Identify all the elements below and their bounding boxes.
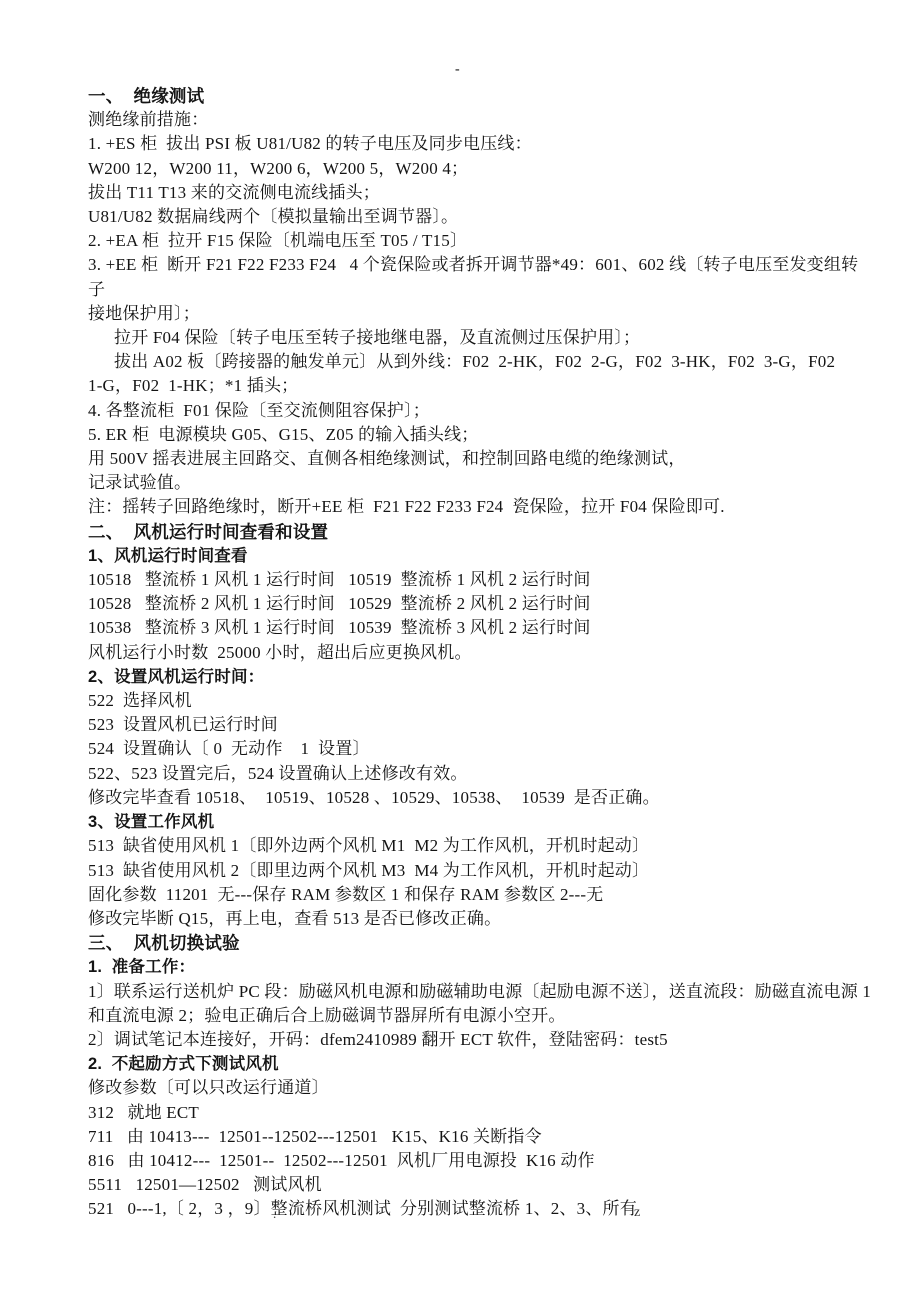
doc-line: 10538 整流桥 3 风机 1 运行时间 10539 整流桥 3 风机 2 运…: [88, 616, 874, 640]
sub-heading: 1、风机运行时间查看: [88, 544, 874, 568]
doc-line: 312 就地 ECT: [88, 1101, 874, 1125]
page-header-mark: -: [455, 62, 460, 78]
doc-line: 用 500V 摇表进展主回路交、直侧各相绝缘测试，和控制回路电缆的绝缘测试，: [88, 447, 874, 471]
doc-line: 修改参数〔可以只改运行通道〕: [88, 1076, 874, 1100]
sub-heading: 3、设置工作风机: [88, 810, 874, 834]
doc-line: 816 由 10412--- 12501-- 12502---12501 风机厂…: [88, 1149, 874, 1173]
section-heading: 三、 风机切换试验: [88, 931, 874, 955]
doc-line: 4. 各整流柜 F01 保险〔至交流侧阻容保护〕；: [88, 399, 874, 423]
doc-line: 拔出 T11 T13 来的交流侧电流线插头；: [88, 181, 874, 205]
page-footer-right-mark: z: [634, 1205, 640, 1221]
doc-line: 记录试验值。: [88, 471, 874, 495]
document-page: - 一、 绝缘测试测绝缘前措施：1. +ES 柜 拔出 PSI 板 U81/U8…: [0, 0, 920, 1302]
doc-line: 2〕调试笔记本连接好，开码：dfem2410989 翻开 ECT 软件，登陆密码…: [88, 1028, 874, 1052]
doc-line: 524 设置确认〔 0 无动作 1 设置〕: [88, 737, 874, 761]
doc-line: 修改完毕断 Q15，再上电，查看 513 是否已修改正确。: [88, 907, 874, 931]
doc-line: 2. +EA 柜 拉开 F15 保险〔机端电压至 T05 / T15〕: [88, 229, 874, 253]
doc-line: 513 缺省使用风机 1〔即外边两个风机 M1 M2 为工作风机，开机时起动〕: [88, 834, 874, 858]
doc-line: 522 选择风机: [88, 689, 874, 713]
doc-line: 注：摇转子回路绝缘时，断开+EE 柜 F21 F22 F233 F24 瓷保险，…: [88, 495, 874, 519]
doc-line: 1-G，F02 1-HK；*1 插头；: [88, 374, 874, 398]
section-heading: 一、 绝缘测试: [88, 84, 874, 108]
doc-line: 拔出 A02 板〔跨接器的触发单元〕从到外线：F02 2-HK，F02 2-G，…: [88, 350, 874, 374]
doc-line: 5. ER 柜 电源模块 G05、G15、Z05 的输入插头线；: [88, 423, 874, 447]
sub-heading: 2. 不起励方式下测试风机: [88, 1052, 874, 1076]
doc-line: 测绝缘前措施：: [88, 108, 874, 132]
doc-line: 接地保护用〕；: [88, 302, 874, 326]
doc-line: 1〕联系运行送机炉 PC 段：励磁风机电源和励磁辅助电源〔起励电源不送〕，送直流…: [88, 980, 874, 1004]
document-body: 一、 绝缘测试测绝缘前措施：1. +ES 柜 拔出 PSI 板 U81/U82 …: [88, 84, 874, 1222]
doc-line: U81/U82 数据扁线两个〔模拟量输出至调节器〕。: [88, 205, 874, 229]
doc-line: 513 缺省使用风机 2〔即里边两个风机 M3 M4 为工作风机，开机时起动〕: [88, 859, 874, 883]
doc-line: 10528 整流桥 2 风机 1 运行时间 10529 整流桥 2 风机 2 运…: [88, 592, 874, 616]
doc-line: 711 由 10413--- 12501--12502---12501 K15、…: [88, 1125, 874, 1149]
doc-line: 5511 12501—12502 测试风机: [88, 1173, 874, 1197]
page-footer-left-mark: .: [273, 1206, 276, 1222]
doc-line: W200 12，W200 11，W200 6，W200 5，W200 4；: [88, 157, 874, 181]
doc-line: 风机运行小时数 25000 小时，超出后应更换风机。: [88, 641, 874, 665]
doc-line: 修改完毕查看 10518、 10519、10528 、10529、10538、 …: [88, 786, 874, 810]
section-heading: 二、 风机运行时间查看和设置: [88, 520, 874, 544]
doc-line: 和直流电源 2；验电正确后合上励磁调节器屏所有电源小空开。: [88, 1004, 874, 1028]
sub-heading: 2、设置风机运行时间：: [88, 665, 874, 689]
doc-line: 10518 整流桥 1 风机 1 运行时间 10519 整流桥 1 风机 2 运…: [88, 568, 874, 592]
sub-heading: 1. 准备工作：: [88, 955, 874, 979]
doc-line: 拉开 F04 保险〔转子电压至转子接地继电器，及直流侧过压保护用〕；: [88, 326, 874, 350]
doc-line: 523 设置风机已运行时间: [88, 713, 874, 737]
doc-line: 固化参数 11201 无---保存 RAM 参数区 1 和保存 RAM 参数区 …: [88, 883, 874, 907]
doc-line: 521 0---1,〔 2，3 ，9〕整流桥风机测试 分别测试整流桥 1、2、3…: [88, 1197, 874, 1221]
doc-line: 3. +EE 柜 断开 F21 F22 F233 F24 4 个瓷保险或者拆开调…: [88, 253, 874, 301]
doc-line: 522、523 设置完后，524 设置确认上述修改有效。: [88, 762, 874, 786]
doc-line: 1. +ES 柜 拔出 PSI 板 U81/U82 的转子电压及同步电压线：: [88, 132, 874, 156]
